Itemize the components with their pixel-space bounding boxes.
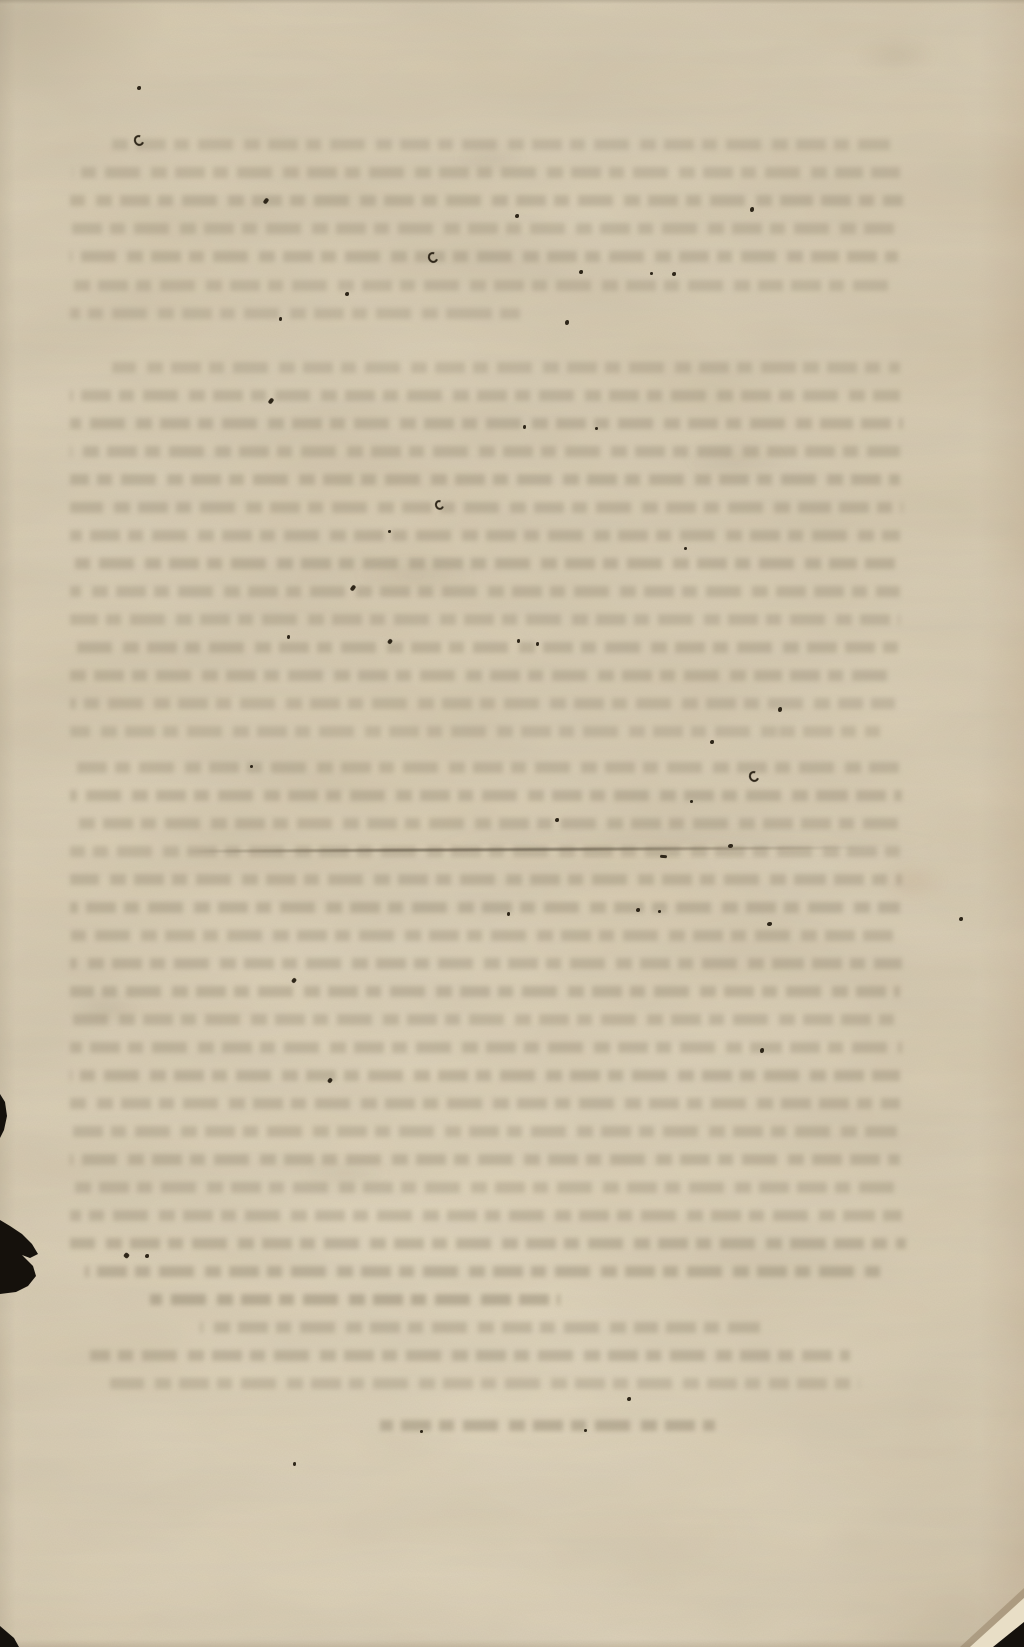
scanned-page [0,0,1024,1647]
paper-texture [0,0,1024,1647]
